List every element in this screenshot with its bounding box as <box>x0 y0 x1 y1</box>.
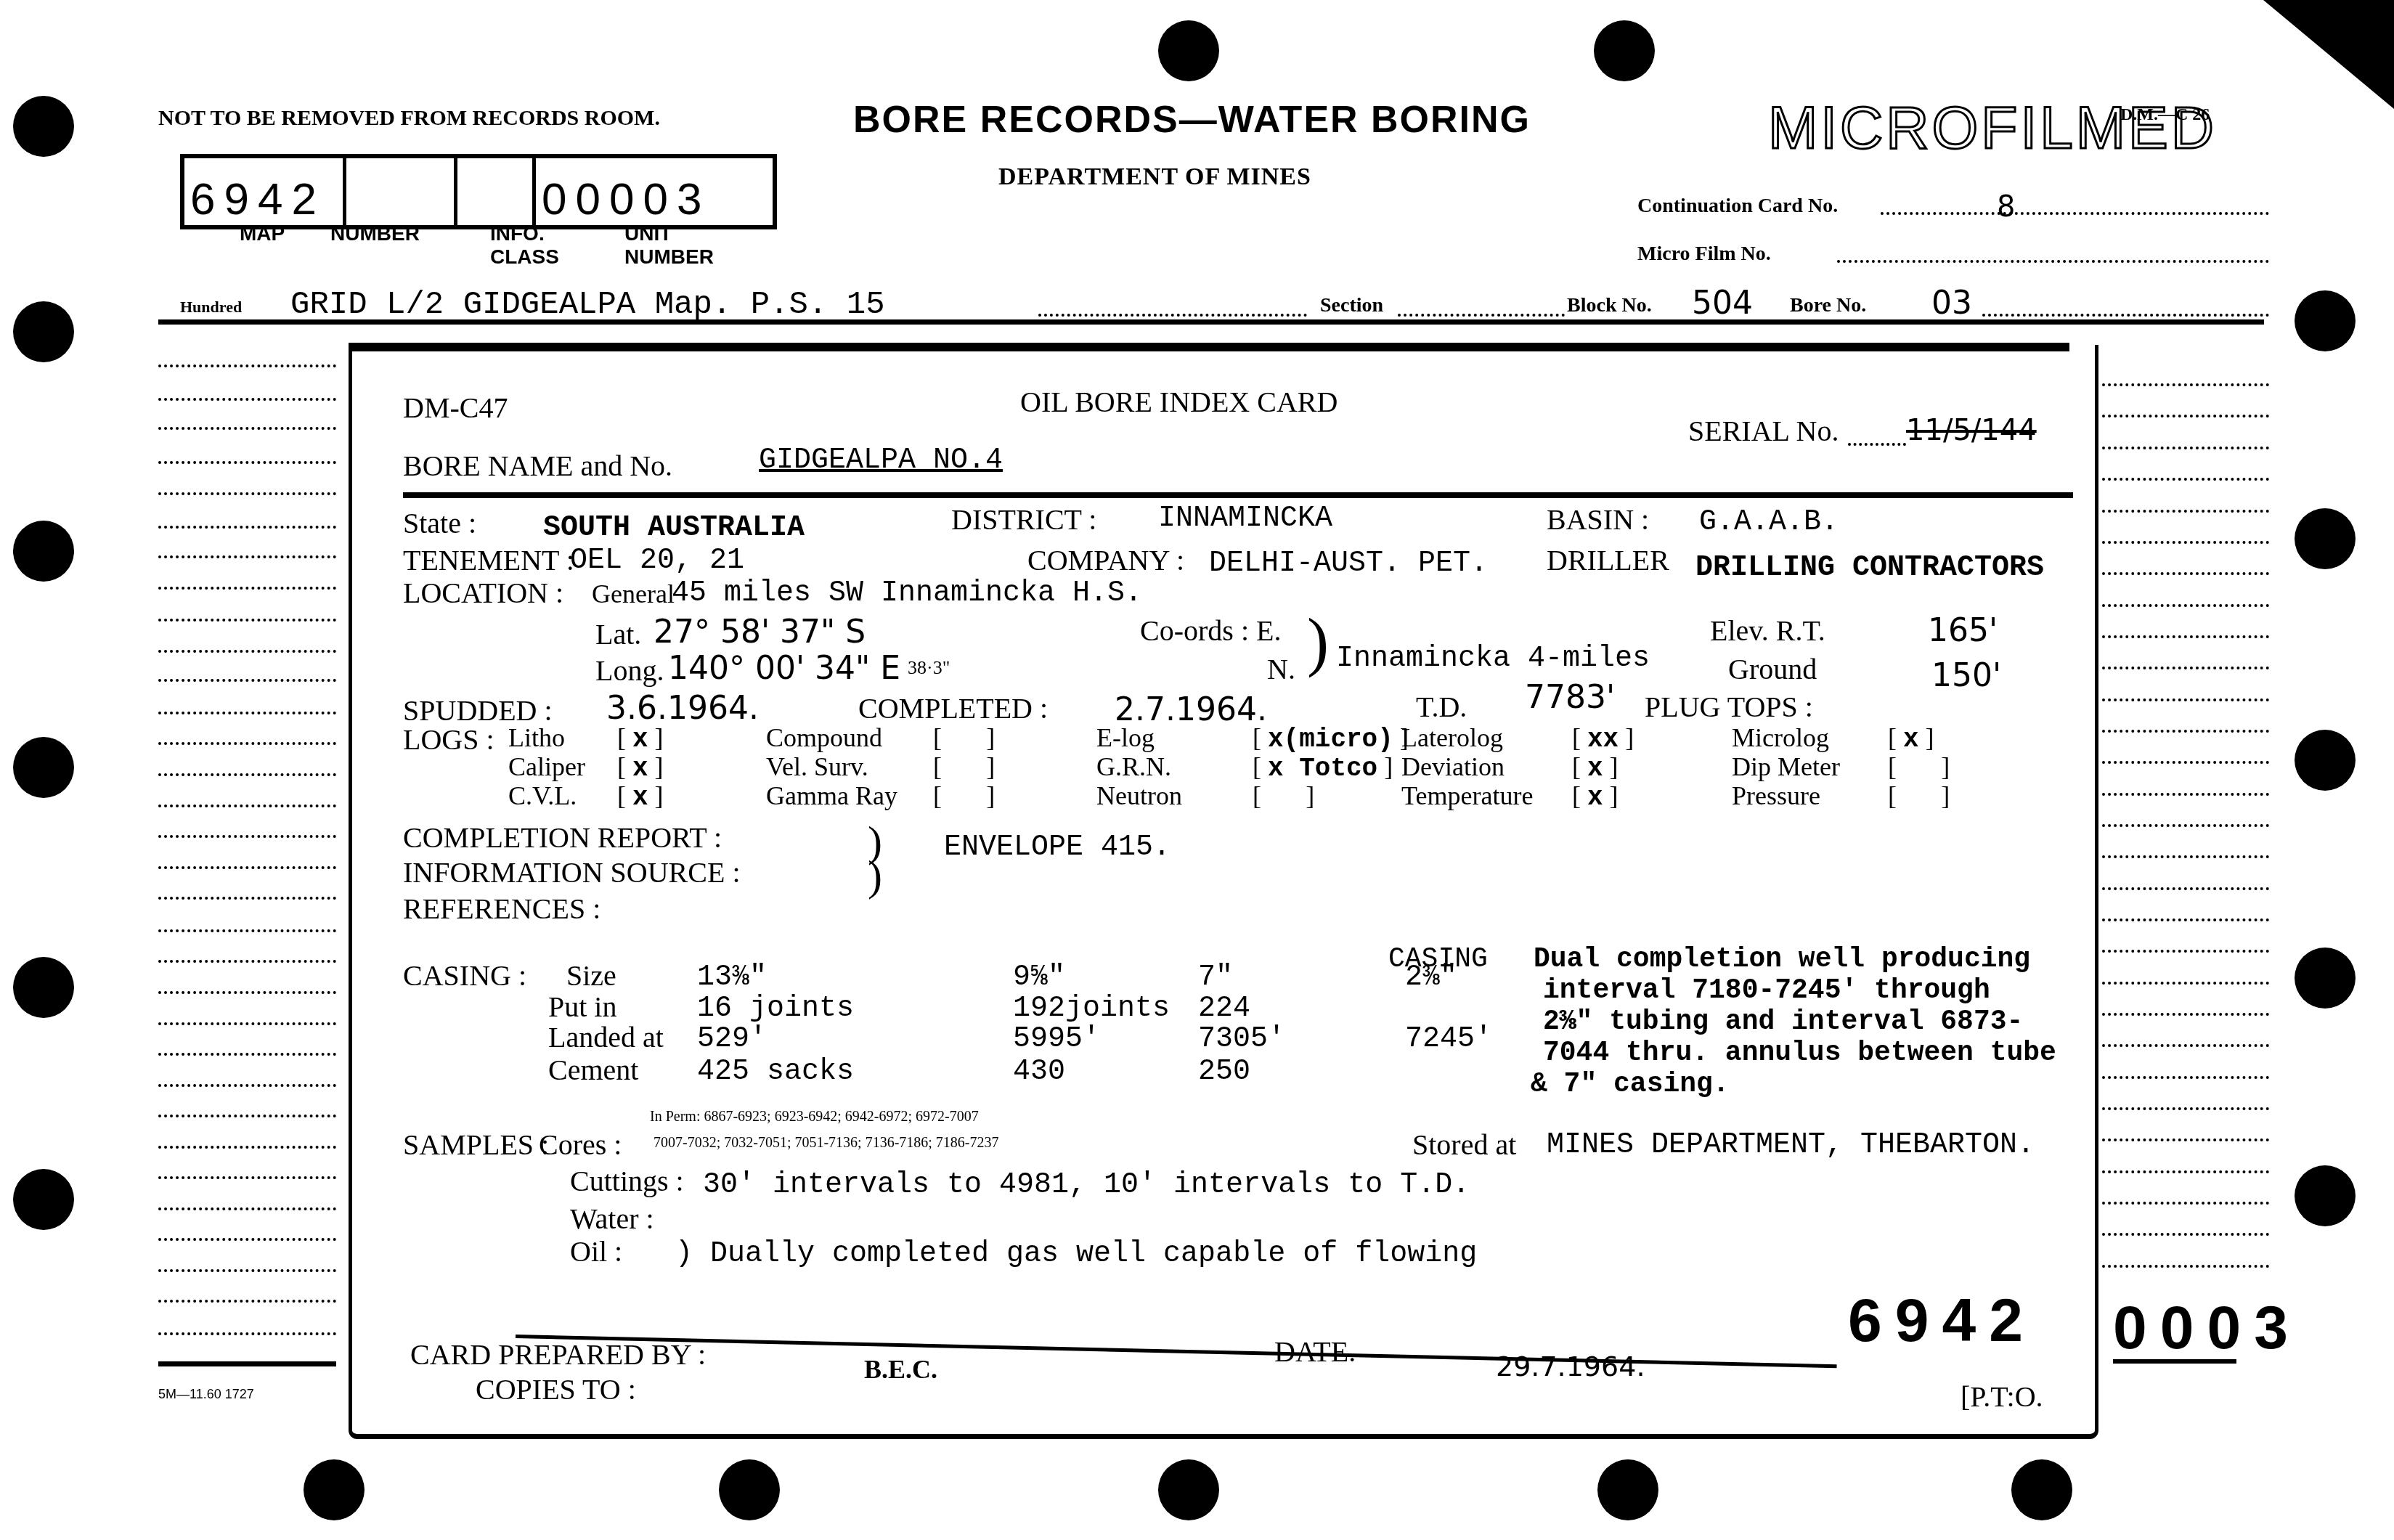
grid-line-dots <box>1038 314 1307 317</box>
hundred-label: Hundred <box>180 298 242 317</box>
punch-hole <box>1158 1459 1219 1520</box>
coords-e-label: Co-ords : E. <box>1140 614 1281 648</box>
card-prepared-by-label: CARD PREPARED BY : <box>410 1337 706 1372</box>
margin-line <box>2102 855 2269 858</box>
driller-value: DRILLING CONTRACTORS <box>1695 552 2044 584</box>
punch-hole <box>13 301 74 362</box>
serial-value: 11/5/144 <box>1906 414 2037 447</box>
information-bracket: ) <box>868 851 882 901</box>
serial-line <box>1848 443 1906 446</box>
bore-no-line <box>1982 314 2269 317</box>
log-label: G.R.N. <box>1096 751 1171 782</box>
margin-line <box>2102 887 2269 890</box>
water-label: Water : <box>570 1202 654 1236</box>
punch-hole <box>2295 1165 2356 1226</box>
log-label: Laterolog <box>1401 722 1503 753</box>
margin-line <box>158 461 336 464</box>
plug-tops-label: PLUG TOPS : <box>1645 690 1813 724</box>
punch-hole <box>719 1459 780 1520</box>
map-number-box: 6942 00003 <box>180 154 777 229</box>
number-label: NUMBER <box>330 222 420 245</box>
log-label: Vel. Surv. <box>766 751 868 782</box>
district-value: INNAMINCKA <box>1158 502 1332 535</box>
lat-label: Lat. <box>595 617 641 651</box>
bore-no-value: 03 <box>1931 285 1972 322</box>
punch-hole <box>2295 948 2356 1009</box>
card-title: OIL BORE INDEX CARD <box>1020 385 1338 419</box>
casing-note-line: interval 7180-7245' through <box>1543 975 1990 1006</box>
casing-note-line: Dual completion well producing <box>1534 944 2030 975</box>
log-checkbox[interactable]: [ xx ] <box>1572 722 1634 754</box>
margin-line <box>2102 982 2269 985</box>
margin-line <box>158 929 336 932</box>
oil-label: Oil : <box>570 1234 622 1268</box>
margin-line <box>158 1146 336 1149</box>
casing-cell: 529' <box>697 1023 767 1056</box>
map-value: 6942 <box>184 158 346 225</box>
margin-line <box>2102 635 2269 638</box>
card-prepared-by-value: B.E.C. <box>864 1354 937 1385</box>
log-label: Neutron <box>1096 781 1182 811</box>
stored-at-label: Stored at <box>1412 1128 1516 1162</box>
state-value: SOUTH AUSTRALIA <box>543 512 805 545</box>
spudded-value: 3.6.1964. <box>606 690 759 727</box>
margin-line <box>158 1053 336 1056</box>
margin-line <box>158 587 336 590</box>
punch-hole <box>1597 1459 1658 1520</box>
log-checkbox[interactable]: [ x ] <box>617 751 664 783</box>
margin-line <box>158 1176 336 1179</box>
continuation-card-label: Continuation Card No. <box>1637 195 1838 218</box>
department-name: DEPARTMENT OF MINES <box>998 163 1311 191</box>
log-checkbox[interactable]: [ x ] <box>1888 722 1934 754</box>
margin-line <box>2102 950 2269 953</box>
pto-label: [P.T:O. <box>1961 1380 2043 1414</box>
casing-note-line: & 7" casing. <box>1531 1069 1730 1100</box>
casing-cell: 16 joints <box>697 993 854 1025</box>
margin-line <box>158 679 336 682</box>
punch-hole <box>13 1169 74 1230</box>
information-source-label: INFORMATION SOURCE : <box>403 855 741 889</box>
company-value: DELHI-AUST. PET. <box>1209 547 1488 580</box>
filing-underline <box>2113 1359 2236 1364</box>
casing-row-label: Put in <box>548 990 616 1024</box>
margin-line <box>158 1022 336 1025</box>
margin-line <box>2102 1265 2269 1268</box>
margin-line <box>158 897 336 900</box>
copies-to-label: COPIES TO : <box>476 1372 636 1406</box>
margin-line <box>158 427 336 430</box>
margin-line <box>2102 698 2269 701</box>
cuttings-label: Cuttings : <box>570 1164 684 1198</box>
margin-line <box>158 1269 336 1272</box>
micro-film-line <box>1837 260 2269 263</box>
casing-cell: 224 <box>1198 993 1250 1025</box>
log-label: Caliper <box>508 751 585 782</box>
margin-line <box>158 1115 336 1117</box>
margin-line <box>2102 730 2269 733</box>
casing-cell: 192joints <box>1013 993 1170 1025</box>
margin-line <box>158 619 336 622</box>
logs-label: LOGS : <box>403 722 494 757</box>
margin-line <box>2102 761 2269 764</box>
log-checkbox[interactable]: [ ] <box>933 751 995 783</box>
card-header-rule <box>403 492 2073 498</box>
punch-hole <box>13 737 74 798</box>
punch-hole <box>13 521 74 582</box>
long-note: 38·3" <box>908 657 950 679</box>
location-value: 45 miles SW Innamincka H.S. <box>672 577 1142 610</box>
margin-line <box>2102 1107 2269 1110</box>
margin-line <box>158 960 336 963</box>
margin-line <box>2102 918 2269 921</box>
completed-label: COMPLETED : <box>858 691 1048 725</box>
log-checkbox[interactable]: [ x ] <box>1572 781 1619 812</box>
district-label: DISTRICT : <box>951 502 1096 537</box>
margin-line <box>158 1332 336 1335</box>
basin-value: G.A.A.B. <box>1699 506 1839 539</box>
completion-report-label: COMPLETION REPORT : <box>403 820 722 855</box>
unit-number-value: 00003 <box>536 158 760 225</box>
log-label: Dip Meter <box>1732 751 1840 782</box>
margin-line <box>2102 572 2269 575</box>
elev-rt-label: Elev. R.T. <box>1710 614 1825 648</box>
punch-hole <box>1594 20 1655 81</box>
filing-map-number: 6942 <box>1848 1285 2036 1356</box>
driller-label: DRILLER <box>1547 543 1669 577</box>
margin-line <box>158 991 336 994</box>
casing-extra-header: CASING <box>1388 944 1488 975</box>
date-value: 29.7.1964. <box>1496 1350 1645 1382</box>
log-label: Temperature <box>1401 781 1533 811</box>
casing-cell: 7245' <box>1405 1023 1492 1056</box>
log-checkbox[interactable]: [ x ] <box>617 722 664 754</box>
td-value: 7783' <box>1525 679 1615 716</box>
continuation-card-line <box>1881 212 2269 215</box>
margin-line <box>2102 510 2269 513</box>
log-checkbox[interactable]: [ x ] <box>617 781 664 812</box>
form-code: D.M.—C 26 <box>2120 105 2210 125</box>
margin-line <box>158 555 336 558</box>
casing-cell: 5995' <box>1013 1023 1100 1056</box>
log-label: C.V.L. <box>508 781 577 811</box>
corner-cut <box>2263 0 2394 109</box>
casing-cell: 7" <box>1198 961 1233 994</box>
records-warning: NOT TO BE REMOVED FROM RECORDS ROOM. <box>158 106 660 131</box>
micro-film-label: Micro Film No. <box>1637 243 1771 266</box>
punch-hole <box>13 96 74 157</box>
punch-hole <box>2295 730 2356 791</box>
margin-line <box>158 773 336 776</box>
block-label: Block No. <box>1567 294 1652 317</box>
margin-line <box>158 492 336 495</box>
log-checkbox[interactable]: [ ] <box>1253 781 1314 812</box>
casing-label: CASING : <box>403 958 526 993</box>
casing-cell: 425 sacks <box>697 1056 854 1088</box>
log-checkbox[interactable]: [ x Totco ] <box>1253 751 1393 783</box>
print-code: 5M—11.60 1727 <box>158 1387 254 1402</box>
log-label: Pressure <box>1732 781 1820 811</box>
casing-cell: 430 <box>1013 1056 1065 1088</box>
completion-report-value: ENVELOPE 415. <box>944 831 1170 864</box>
margin-line <box>158 1084 336 1087</box>
margin-line <box>2102 667 2269 669</box>
margin-line <box>158 742 336 745</box>
punch-hole <box>2295 508 2356 569</box>
margin-line <box>2102 1202 2269 1205</box>
casing-note-line: 7044 thru. annulus between tube <box>1543 1038 2056 1069</box>
margin-line <box>2102 1076 2269 1079</box>
log-checkbox[interactable]: [ ] <box>1888 781 1950 812</box>
tenement-value: OEL 20, 21 <box>570 545 744 577</box>
casing-cell: 13⅜" <box>697 961 767 994</box>
margin-line <box>2102 383 2269 386</box>
bore-name-label: BORE NAME and No. <box>403 449 672 483</box>
margin-line <box>158 364 336 367</box>
margin-line <box>158 526 336 529</box>
coords-value: Innamincka 4-miles <box>1336 643 1650 675</box>
margin-line <box>2102 1233 2269 1236</box>
casing-cell: 9⅝" <box>1013 961 1065 994</box>
perm-note: In Perm: 6867-6923; 6923-6942; 6942-6972… <box>650 1109 979 1125</box>
margin-line <box>158 650 336 653</box>
date-label: DATE. <box>1274 1335 1356 1369</box>
margin-line <box>158 398 336 401</box>
margin-line <box>2102 447 2269 449</box>
margin-rule <box>158 1361 336 1366</box>
log-label: Gamma Ray <box>766 781 897 811</box>
casing-row-label: Landed at <box>548 1020 664 1054</box>
cuttings-value: 30' intervals to 4981, 10' intervals to … <box>703 1169 1470 1202</box>
bore-name-value: GIDGEALPA NO.4 <box>759 444 1003 477</box>
td-label: T.D. <box>1416 690 1467 724</box>
company-label: COMPANY : <box>1027 543 1184 577</box>
tenement-label: TENEMENT : <box>403 543 574 577</box>
margin-line <box>2102 604 2269 607</box>
margin-line <box>2102 541 2269 544</box>
continuation-card-value: 8 <box>1997 190 2015 224</box>
margin-line <box>2102 824 2269 827</box>
header-rule <box>158 319 2264 325</box>
margin-line <box>2102 415 2269 417</box>
punch-hole <box>304 1459 365 1520</box>
block-value: 504 <box>1692 285 1753 322</box>
casing-row-label: Size <box>566 958 616 993</box>
log-checkbox[interactable]: [ ] <box>933 722 995 754</box>
margin-line <box>2102 793 2269 796</box>
lat-value: 27° 58' 37" S <box>654 614 866 651</box>
elev-rt-value: 165' <box>1928 612 1998 649</box>
info-class-value <box>457 158 536 225</box>
info-class-label: INFO. CLASS <box>490 222 563 269</box>
long-value: 140° 00' 34" E <box>668 650 900 687</box>
margin-line <box>158 866 336 869</box>
margin-line <box>158 1207 336 1210</box>
punch-hole <box>1158 20 1219 81</box>
margin-line <box>2102 1013 2269 1016</box>
punch-hole <box>2295 290 2356 351</box>
map-label: MAP <box>240 222 285 245</box>
card-code: DM-C47 <box>403 391 508 425</box>
punch-hole <box>2011 1459 2072 1520</box>
casing-note-line: 2⅜" tubing and interval 6873- <box>1543 1006 2023 1038</box>
log-checkbox[interactable]: [ x ] <box>1572 751 1619 783</box>
coords-n-label: N. <box>1267 652 1295 686</box>
section-label: Section <box>1320 294 1383 317</box>
number-value <box>346 158 457 225</box>
casing-row-label: Cement <box>548 1053 638 1087</box>
form-title: BORE RECORDS—WATER BORING <box>853 98 1531 142</box>
stored-at-value: MINES DEPARTMENT, THEBARTON. <box>1547 1129 2035 1162</box>
margin-line <box>158 1238 336 1241</box>
log-label: E-log <box>1096 722 1155 753</box>
log-label: Litho <box>508 722 565 753</box>
state-label: State : <box>403 506 476 540</box>
margin-line <box>158 712 336 714</box>
long-label: Long. <box>595 653 664 688</box>
log-label: Compound <box>766 722 882 753</box>
location-label: LOCATION : <box>403 576 563 610</box>
log-checkbox[interactable]: [ ] <box>1888 751 1950 783</box>
margin-line <box>2102 1170 2269 1173</box>
margin-line <box>158 1300 336 1303</box>
location-prefix: General <box>592 579 675 609</box>
unit-number-label: UNIT NUMBER <box>624 222 719 269</box>
section-line <box>1398 314 1565 317</box>
cores-value: 7007-7032; 7032-7051; 7051-7136; 7136-71… <box>654 1135 999 1152</box>
filing-unit-number: 0003 <box>2113 1292 2301 1363</box>
log-label: Deviation <box>1401 751 1505 782</box>
references-label: REFERENCES : <box>403 892 600 926</box>
bore-no-label: Bore No. <box>1790 294 1866 317</box>
margin-line <box>2102 1044 2269 1047</box>
grid-location-value: GRID L/2 GIDGEALPA Map. P.S. 15 <box>290 287 885 323</box>
samples-label: SAMPLES : <box>403 1128 549 1162</box>
punch-hole <box>13 957 74 1018</box>
basin-label: BASIN : <box>1547 502 1649 537</box>
ground-value: 150' <box>1931 657 2001 694</box>
margin-line <box>158 835 336 838</box>
casing-cell: 7305' <box>1198 1023 1285 1056</box>
coords-bracket: ) <box>1307 610 1329 675</box>
oil-value: ) Dually completed gas well capable of f… <box>675 1238 1477 1271</box>
cores-label: Cores : <box>539 1128 622 1162</box>
margin-line <box>2102 478 2269 481</box>
log-label: Microlog <box>1732 722 1829 753</box>
ground-label: Ground <box>1728 652 1817 686</box>
casing-cell: 250 <box>1198 1056 1250 1088</box>
margin-line <box>158 804 336 807</box>
margin-line <box>2102 1138 2269 1141</box>
serial-label: SERIAL No. <box>1688 414 1839 448</box>
log-checkbox[interactable]: [ ] <box>933 781 995 812</box>
log-checkbox[interactable]: [ x(micro) ] <box>1253 722 1409 754</box>
